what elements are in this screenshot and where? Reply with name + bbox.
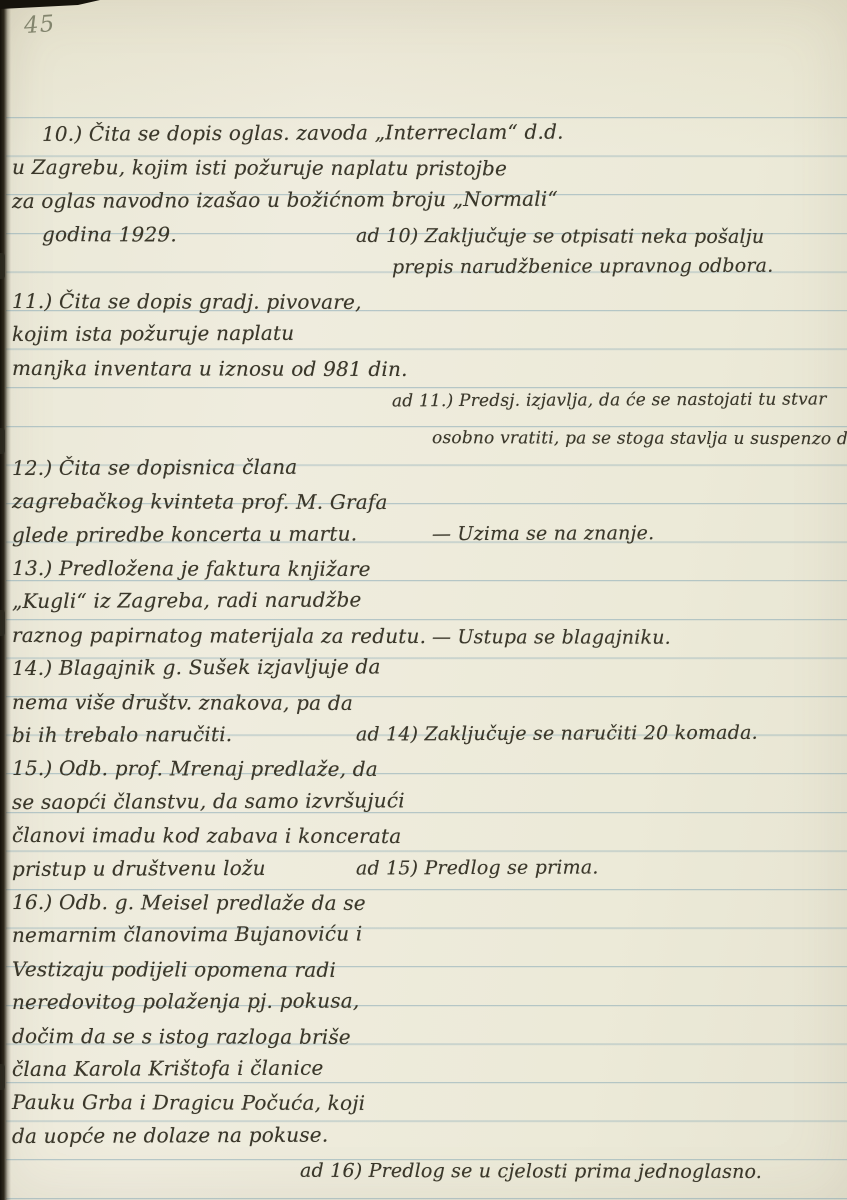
handwriting-text: pristup u društvenu ložu: [12, 856, 266, 881]
handwriting-resolution-text: — Ustupa se blagajniku.: [432, 626, 671, 649]
page-edge-mark: [0, 428, 5, 454]
handwriting-text: člana Karola Krištofa i članice: [12, 1056, 324, 1081]
handwriting-resolution-text: — Uzima se na znanje.: [432, 522, 654, 545]
handwriting-resolution-text: ad 15) Predlog se prima.: [356, 856, 599, 879]
handwriting-line: pristup u društvenu ložuad 15) Predlog s…: [12, 847, 845, 884]
handwriting-line: 10.) Čita se dopis oglas. zavoda „Interr…: [12, 112, 845, 149]
handwriting-text: za oglas navodno izašao u božićnom broju…: [12, 187, 558, 213]
handwriting-line: 14.) Blagajnik g. Sušek izjavljuje da: [12, 647, 845, 684]
handwriting-line: kojim ista požuruje naplatu: [12, 313, 845, 350]
handwriting-resolution-text: ad 10) Zaključuje se otpisati neka pošal…: [356, 225, 764, 248]
handwriting-text: 14.) Blagajnik g. Sušek izjavljuje da: [12, 655, 381, 681]
handwriting-text: raznog papirnatog materijala za redutu.: [12, 623, 426, 648]
handwriting-text: kojim ista požuruje naplatu: [12, 322, 295, 347]
handwriting-text: Vestizaju podijeli opomena radi: [12, 957, 336, 982]
page-edge-mark: [0, 253, 5, 279]
handwriting-text: da uopće ne dolaze na pokuse.: [12, 1123, 329, 1148]
handwriting-text: godina 1929.: [42, 223, 177, 247]
handwriting-text: u Zagrebu, kojim isti požuruje naplatu p…: [12, 156, 507, 181]
handwriting-line: neredovitog polaženja pj. pokusa,: [12, 981, 845, 1018]
handwriting-line: člana Karola Krištofa i članice: [12, 1047, 845, 1084]
handwriting-line: bi ih trebalo naručiti.ad 14) Zaključuje…: [12, 713, 845, 750]
handwriting-line: da uopće ne dolaze na pokuse.: [12, 1114, 845, 1151]
handwriting-line: nemarnim članovima Bujanoviću i: [12, 914, 845, 951]
handwriting-text: članovi imadu kod zabava i koncerata: [12, 824, 401, 849]
handwriting-text: glede priredbe koncerta u martu.: [12, 522, 357, 548]
handwriting-line: ad 16) Predlog se u cjelosti prima jedno…: [12, 1151, 845, 1187]
handwriting-text: 16.) Odb. g. Meisel predlaže da se: [12, 890, 366, 915]
page-top-shadow: [0, 0, 100, 9]
handwriting-text: nema više društv. znakova, pa da: [12, 690, 353, 715]
handwriting-resolution-text: ad 11.) Predsj. izjavlja, da će se nasto…: [392, 390, 827, 412]
handwriting-line: „Kugli“ iz Zagreba, radi narudžbe: [12, 580, 845, 617]
handwriting-line: ad 11.) Predsj. izjavlja, da će se nasto…: [12, 379, 845, 416]
handwriting-text: 13.) Predložena je faktura knjižare: [12, 556, 371, 581]
handwriting-line: se saopći članstvu, da samo izvršujući: [12, 780, 845, 817]
handwriting-resolution-text: prepis narudžbenice upravnog odbora.: [392, 255, 774, 279]
handwriting-line: 12.) Čita se dopisnica člana: [12, 446, 845, 483]
handwriting-line: prepis narudžbenice upravnog odbora.: [12, 246, 845, 283]
handwriting-text: 15.) Odb. prof. Mrenaj predlaže, da: [12, 757, 378, 782]
binding-edge: [0, 0, 11, 1200]
handwriting-text: 12.) Čita se dopisnica člana: [12, 455, 298, 480]
handwriting-text: se saopći članstvu, da samo izvršujući: [12, 788, 405, 814]
handwriting-text: manjka inventara u iznosu od 981 din.: [12, 356, 408, 381]
handwriting-resolution-text: ad 14) Zaključuje se naručiti 20 komada.: [356, 722, 758, 746]
page-edge-mark: [0, 610, 5, 636]
handwriting-line: za oglas navodno izašao u božićnom broju…: [12, 179, 845, 216]
handwriting-text: dočim da se s istog razloga briše: [12, 1024, 351, 1049]
handwriting-text: zagrebačkog kvinteta prof. M. Grafa: [12, 490, 388, 515]
handwriting-block: 10.) Čita se dopis oglas. zavoda „Interr…: [12, 116, 845, 1185]
handwriting-line: glede priredbe koncerta u martu.— Uzima …: [12, 513, 845, 550]
handwriting-text: neredovitog polaženja pj. pokusa,: [12, 989, 360, 1015]
handwriting-text: nemarnim članovima Bujanoviću i: [12, 922, 363, 948]
handwriting-text: 11.) Čita se dopis gradj. pivovare,: [12, 289, 362, 314]
handwriting-resolution-text: ad 16) Predlog se u cjelosti prima jedno…: [300, 1160, 762, 1183]
handwriting-text: Pauku Grba i Dragicu Počuća, koji: [12, 1091, 365, 1116]
handwriting-text: 10.) Čita se dopis oglas. zavoda „Interr…: [42, 120, 564, 146]
handwriting-text: „Kugli“ iz Zagreba, radi narudžbe: [12, 588, 362, 614]
notebook-page: 45 10.) Čita se dopis oglas. zavoda „Int…: [0, 0, 847, 1200]
handwriting-text: bi ih trebalo naručiti.: [12, 722, 232, 747]
page-edge-mark: [0, 1064, 5, 1090]
page-number: 45: [23, 11, 56, 39]
